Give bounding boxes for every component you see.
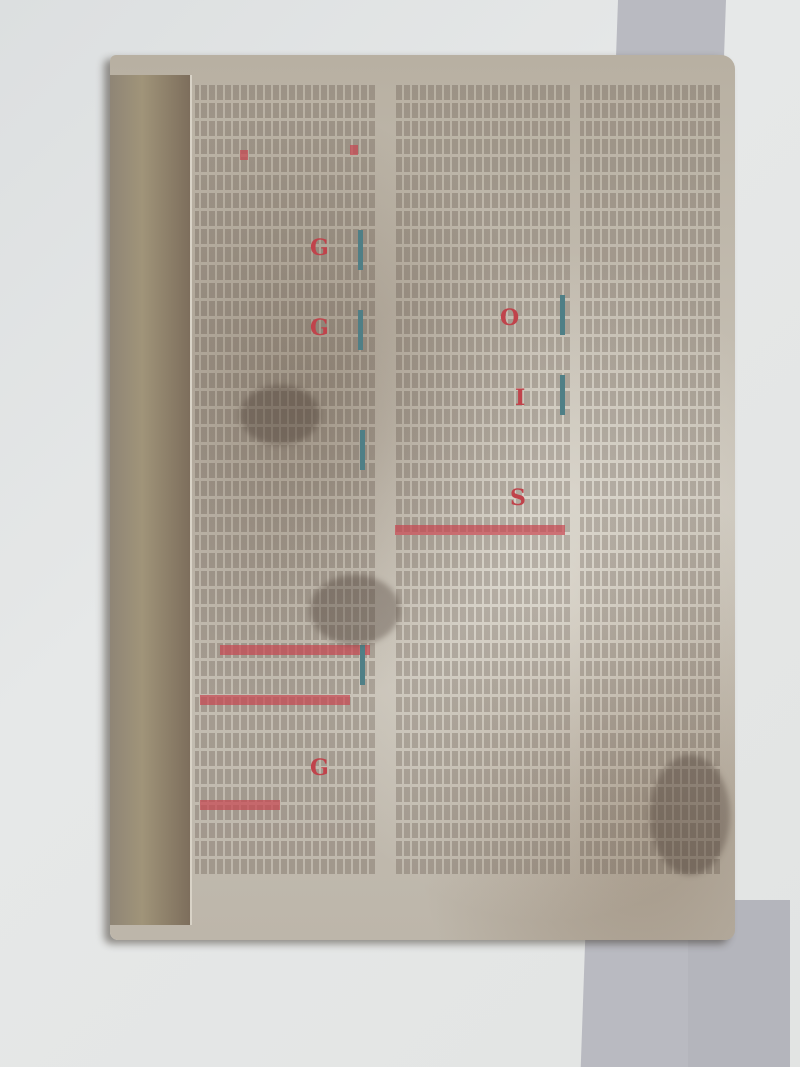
book-spine — [110, 75, 192, 925]
text-column-left — [195, 85, 375, 915]
paragraph-mark — [560, 295, 565, 335]
stain — [650, 755, 730, 875]
rubric-initial: O — [500, 305, 519, 331]
rubric-initial: G — [310, 235, 329, 261]
stain — [240, 385, 320, 445]
book-cover: G G O I S G — [110, 55, 735, 940]
rubric-line — [395, 525, 565, 535]
paragraph-mark — [360, 430, 365, 470]
rubric-initial: I — [515, 385, 525, 411]
paragraph-mark — [358, 230, 363, 270]
rubric-initial: S — [510, 485, 526, 511]
rubric-initial: G — [310, 755, 329, 781]
rubric-line — [200, 800, 280, 810]
paragraph-mark — [560, 375, 565, 415]
text-column-middle — [395, 85, 570, 915]
rubric-initial: G — [310, 315, 329, 341]
rubric-dot — [350, 145, 358, 155]
paragraph-mark — [360, 645, 365, 685]
rubric-line — [220, 645, 370, 655]
rubric-line — [200, 695, 350, 705]
rubric-dot — [240, 150, 248, 160]
paragraph-mark — [358, 310, 363, 350]
stain — [310, 575, 400, 645]
